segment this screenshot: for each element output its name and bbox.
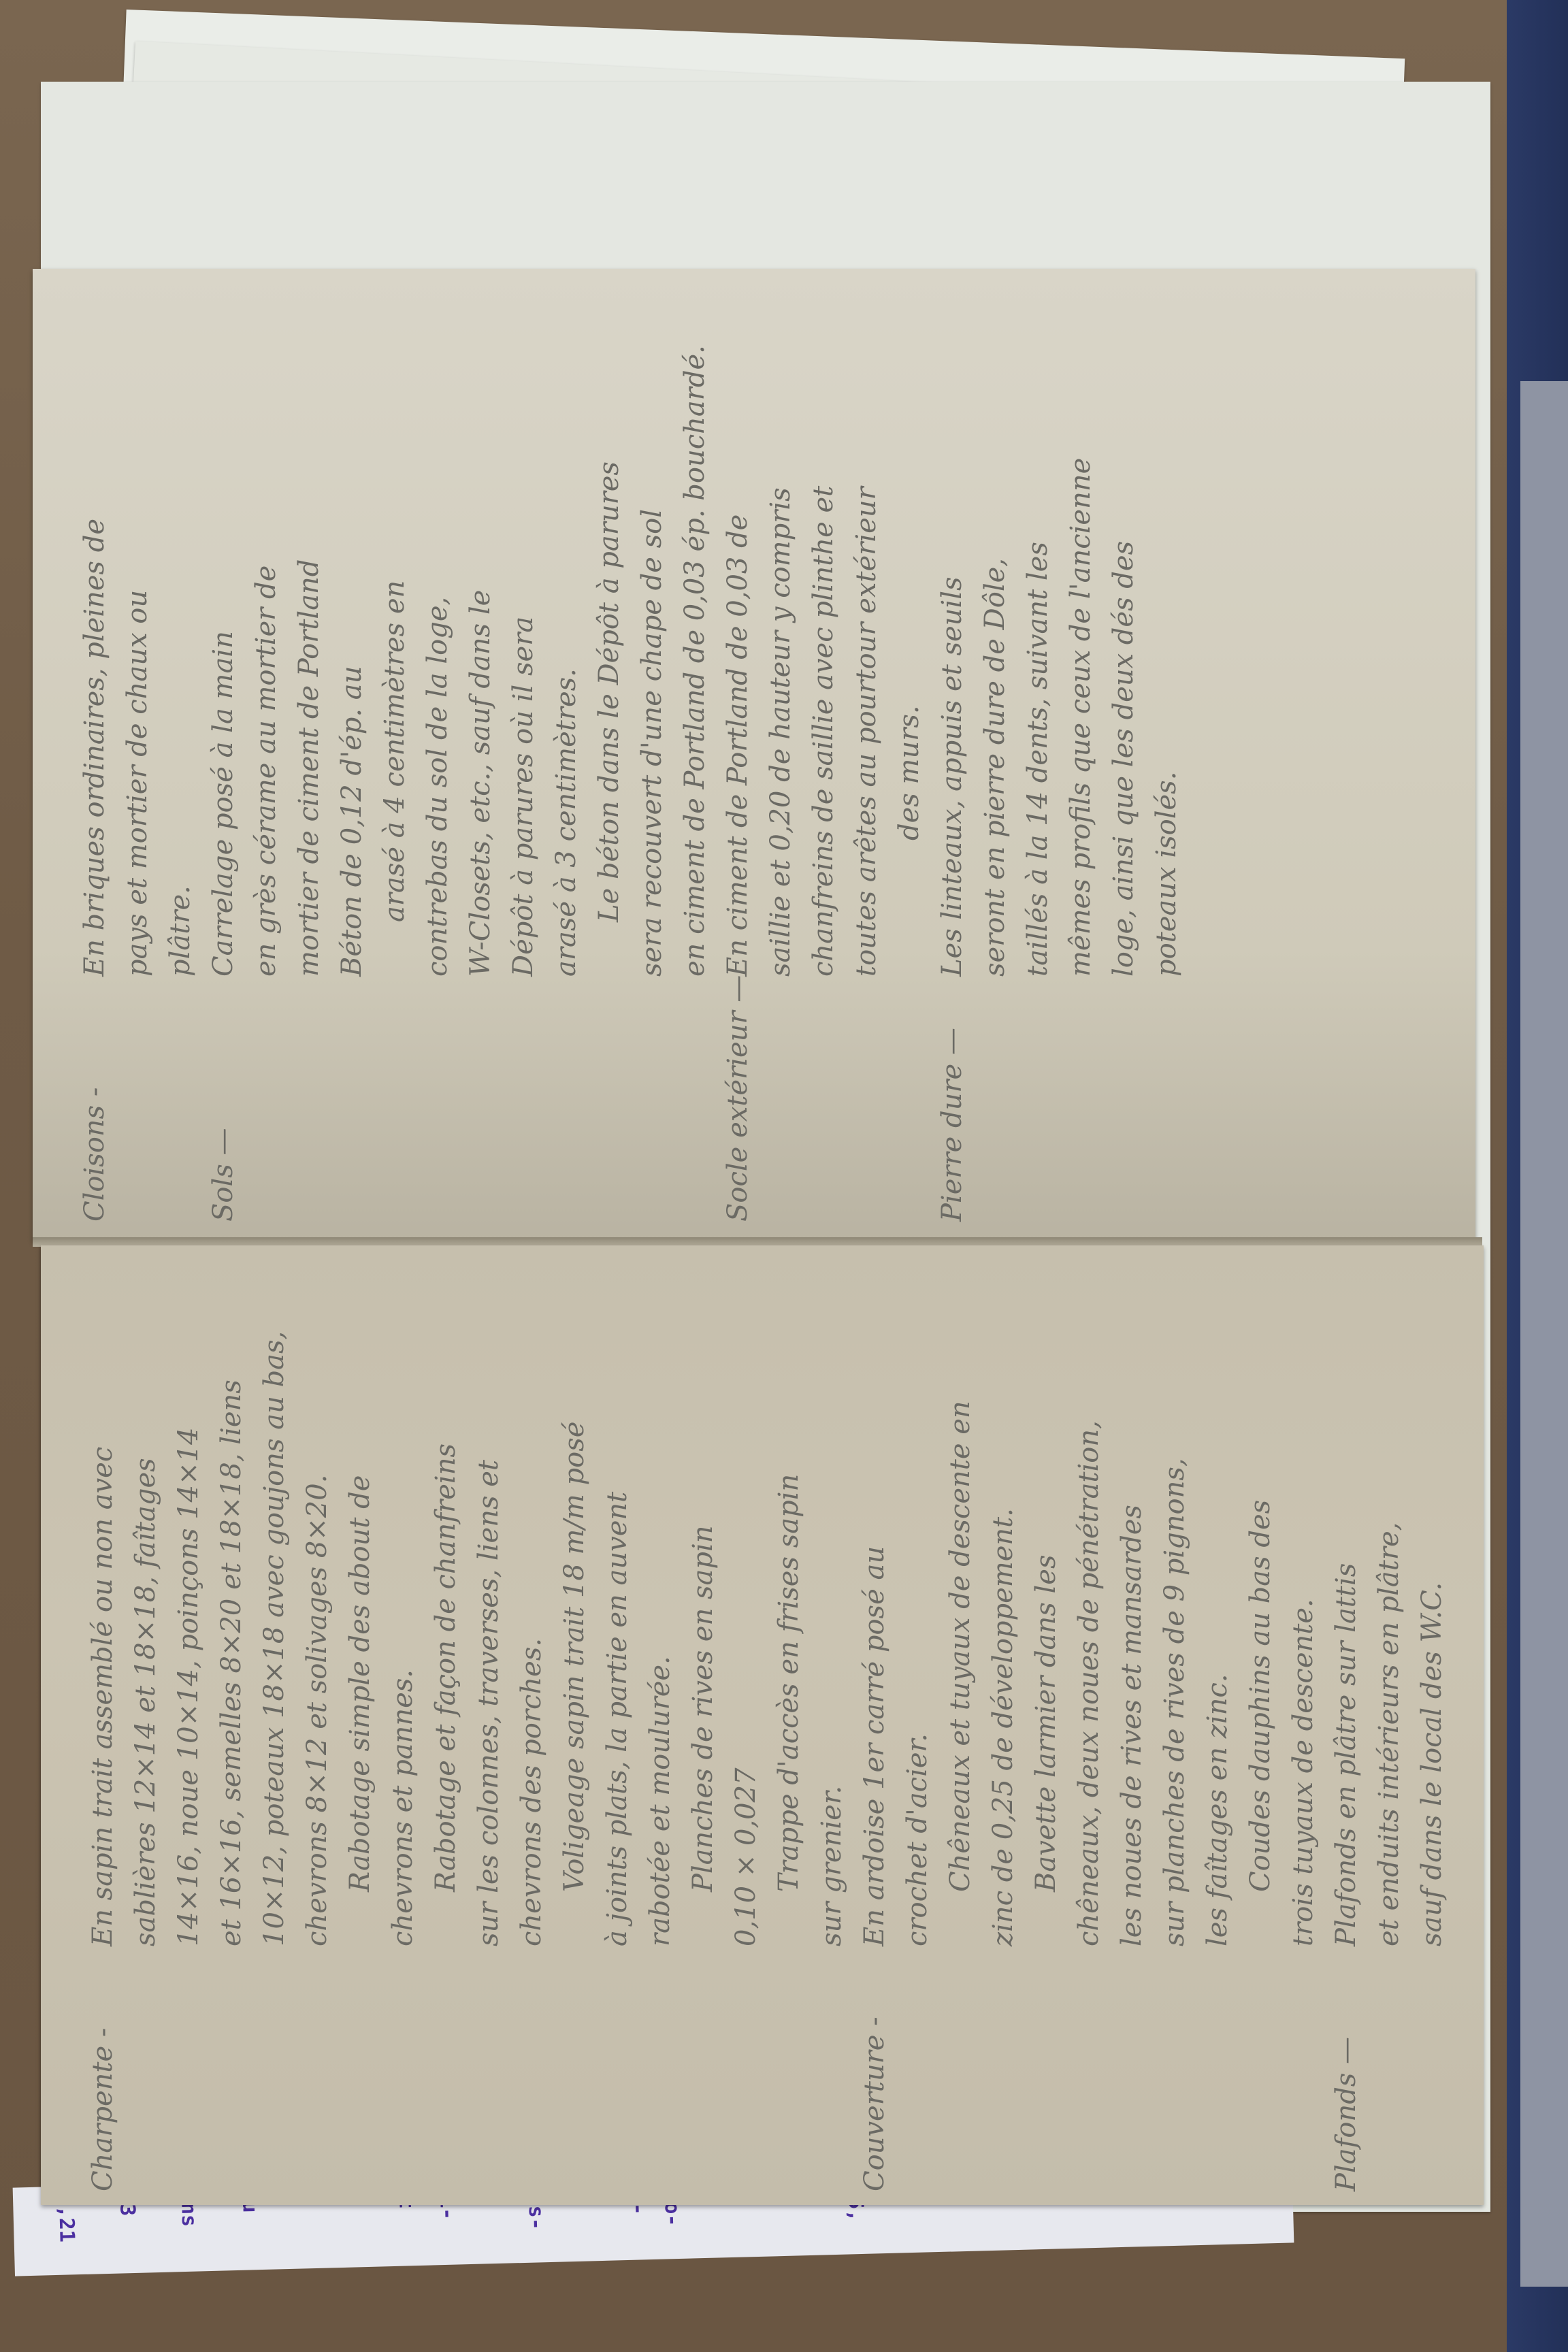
text-line: taillés à la 14 dents, suivant les <box>1017 296 1060 977</box>
text-line: En ciment de Portland de 0,03 de <box>717 296 759 977</box>
text-line: chevrons 8×12 et solivages 8×20. <box>296 1266 339 1946</box>
page-right-text: Charpente - En sapin trait assemblé ou n… <box>82 1266 1454 2191</box>
section-label: Cloisons - <box>73 977 202 1222</box>
handwritten-page-left: Cloisons - En briques ordinaires, pleine… <box>33 269 1475 1242</box>
text-line: poteaux isolés. <box>1145 296 1188 977</box>
text-line: Carrelage posé à la main <box>202 296 245 977</box>
section-plafonds: Plafonds — Plafonds en plâtre sur lattis… <box>1325 1266 1454 2191</box>
text-line: crochet d'acier. <box>896 1266 939 1946</box>
text-line: En ardoise 1er carré posé au <box>853 1266 896 1946</box>
text-line: Voligeage sapin trait 18 m/m posé <box>553 1266 596 1946</box>
text-line: chanfreins de saillie avec plinthe et <box>802 296 845 977</box>
text-line: rabotée et moulurée. <box>639 1266 682 1946</box>
text-line: arasé à 4 centimètres en <box>374 296 416 977</box>
text-line: Chêneaux et tuyaux de descente en <box>939 1266 982 1946</box>
text-line: sablières 12×14 et 18×18, faîtages <box>125 1266 167 1946</box>
text-line: plâtre. <box>159 296 202 977</box>
handwritten-page-right: Charpente - En sapin trait assemblé ou n… <box>41 1245 1484 2205</box>
text-line: sur grenier. <box>811 1266 853 1946</box>
text-line: Dépôt à parures où il sera <box>502 296 545 977</box>
text-line: les noues de rives et mansardes <box>1111 1266 1154 1946</box>
text-line: zinc de 0,25 de développement. <box>982 1266 1025 1946</box>
text-line: trois tuyaux de descente. <box>1282 1266 1325 1946</box>
text-line: Rabotage simple des about de <box>339 1266 382 1946</box>
text-line: arasé à 3 centimètres. <box>545 296 588 977</box>
text-line: Rabotage et façon de chanfreins <box>425 1266 468 1946</box>
text-line: contrebas du sol de la loge, <box>416 296 459 977</box>
text-line: seront en pierre dure de Dôle, <box>974 296 1017 977</box>
text-line: 0,10 × 0,027 <box>725 1266 768 1946</box>
section-label: Couverture - <box>853 1946 1325 2191</box>
text-line: En briques ordinaires, pleines de <box>73 296 116 977</box>
text-line: en grès cérame au mortier de <box>245 296 288 977</box>
text-line: Bavette larmier dans les <box>1025 1266 1068 1946</box>
section-charpente: Charpente - En sapin trait assemblé ou n… <box>82 1266 853 2191</box>
page-left-text: Cloisons - En briques ordinaires, pleine… <box>73 296 1188 1222</box>
text-line: Béton de 0,12 d'ép. au <box>331 296 374 977</box>
section-label: Plafonds — <box>1325 1946 1454 2191</box>
text-line: en ciment de Portland de 0,03 ép. boucha… <box>674 296 717 977</box>
text-line: les faîtages en zinc. <box>1196 1266 1239 1946</box>
section-label: Pierre dure — <box>931 977 1188 1222</box>
text-line: Les linteaux, appuis et seuils <box>931 296 974 977</box>
text-line: 14×16, noue 10×14, poinçons 14×14 <box>167 1266 210 1946</box>
section-couverture: Couverture - En ardoise 1er carré posé a… <box>853 1266 1325 2191</box>
section-label: Socle extérieur — <box>717 977 931 1222</box>
text-line: Plafonds en plâtre sur lattis <box>1325 1266 1368 1946</box>
section-cloisons: Cloisons - En briques ordinaires, pleine… <box>73 296 202 1222</box>
section-label: Charpente - <box>82 1946 853 2191</box>
text-line: et enduits intérieurs en plâtre, <box>1368 1266 1411 1946</box>
text-line: chevrons et pannes. <box>382 1266 425 1946</box>
text-line: chêneaux, deux noues de pénétration, <box>1068 1266 1111 1946</box>
text-line: En sapin trait assemblé ou non avec <box>82 1266 125 1946</box>
section-pierre-dure: Pierre dure — Les linteaux, appuis et se… <box>931 296 1188 1222</box>
text-line: sur planches de rives de 9 pignons, <box>1154 1266 1196 1946</box>
text-line: et 16×16, semelles 8×20 et 18×18, liens <box>210 1266 253 1946</box>
section-label: Sols — <box>202 977 717 1222</box>
text-line: toutes arêtes au pourtour extérieur <box>845 296 888 977</box>
text-line: pays et mortier de chaux ou <box>116 296 159 977</box>
text-line: W-Closets, etc., sauf dans le <box>459 296 502 977</box>
text-line: sur les colonnes, traverses, liens et <box>468 1266 510 1946</box>
text-line: Trappe d'accès en frises sapin <box>768 1266 811 1946</box>
text-line: mêmes profils que ceux de l'ancienne <box>1060 296 1102 977</box>
text-line: Planches de rives en sapin <box>682 1266 725 1946</box>
text-line: sauf dans le local des W.C. <box>1411 1266 1454 1946</box>
text-line: sera recouvert d'une chape de sol <box>631 296 674 977</box>
text-line: loge, ainsi que les deux dés des <box>1102 296 1145 977</box>
text-line: Le béton dans le Dépôt à parures <box>588 296 631 977</box>
grey-wall-background <box>1520 381 1568 2287</box>
text-line: des murs. <box>888 296 931 977</box>
text-line: à joints plats, la partie en auvent <box>596 1266 639 1946</box>
text-line: mortier de ciment de Portland <box>288 296 331 977</box>
section-sols: Sols — Carrelage posé à la main en grès … <box>202 296 717 1222</box>
text-line: chevrons des porches. <box>510 1266 553 1946</box>
text-line: 10×12, poteaux 18×18 avec goujons au bas… <box>253 1266 296 1946</box>
text-line: Coudes dauphins au bas des <box>1239 1266 1282 1946</box>
text-line: saillie et 0,20 de hauteur y compris <box>759 296 802 977</box>
section-socle-exterieur: Socle extérieur — En ciment de Portland … <box>717 296 931 1222</box>
